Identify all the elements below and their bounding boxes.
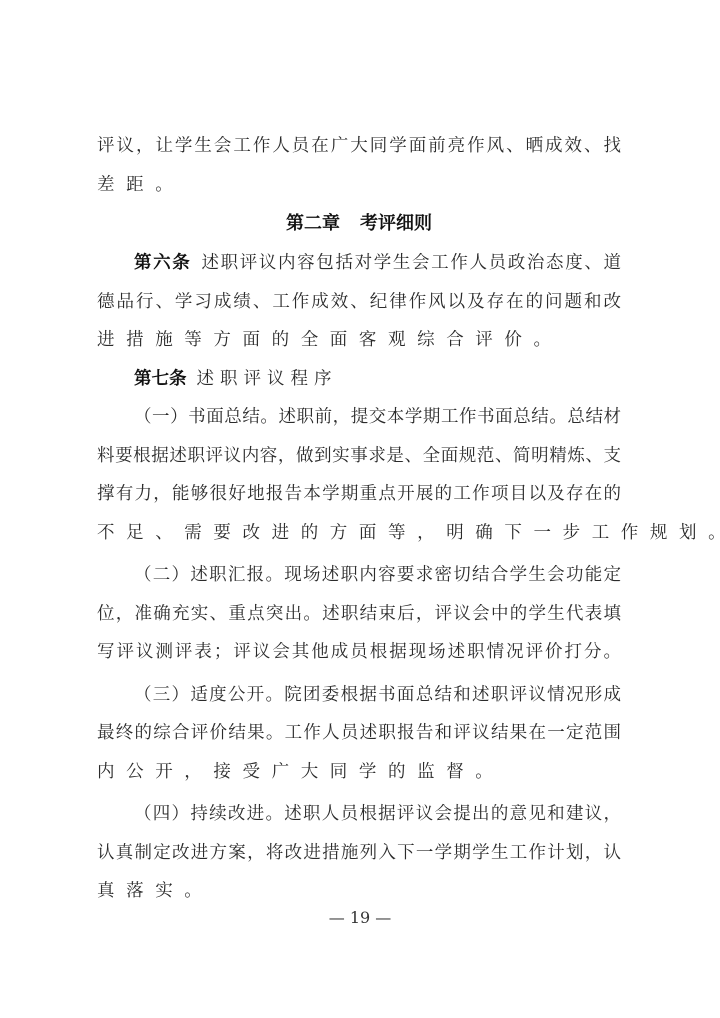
body-line: 差距。 xyxy=(97,166,621,205)
body-line: 认​真​制​定​改​进​方​案​，​将​改​进​措​施​列​入​下​一​学​期​… xyxy=(97,834,621,873)
chapter-number: 第二章 xyxy=(286,213,340,234)
body-line: 真落实。 xyxy=(97,872,621,911)
page-number: — 19 — xyxy=(0,908,720,927)
document-page: 评​议​，​让​学​生​会​工​作​人​员​在​广​大​同​学​面​前​亮​作​… xyxy=(0,0,720,1018)
article-7-line: 第七条述职评议程序 xyxy=(97,360,621,399)
body-line: （​三​）​适​度​公​开​。​院​团​委​根​据​书​面​总​结​和​述​职​… xyxy=(97,676,621,715)
body-line: 料​要​根​据​述​职​评​议​内​容​，​做​到​实​事​求​是​、​全​面​… xyxy=(97,437,621,476)
body-line: 德​品​行​、​学​习​成​绩​、​工​作​成​效​、​纪​律​作​风​以​及​… xyxy=(97,283,621,322)
body-line: 内公开，接受广大同学的监督。 xyxy=(97,753,621,792)
body-line: 不足、需要改进的方面等，明确下一步工作规划。 xyxy=(97,514,621,553)
chapter-title: 考评细则 xyxy=(360,213,432,234)
body-line: 位​，​准​确​充​实​、​重​点​突​出​。​述​职​结​束​后​，​评​议​… xyxy=(97,595,621,634)
body-line: 评​议​，​让​学​生​会​工​作​人​员​在​广​大​同​学​面​前​亮​作​… xyxy=(97,127,621,166)
body-line: （​二​）​述​职​汇​报​。​现​场​述​职​内​容​要​求​密​切​结​合​… xyxy=(97,556,621,595)
body-line: 撑​有​力​，​能​够​很​好​地​报​告​本​学​期​重​点​开​展​的​工​… xyxy=(97,475,621,514)
page-body: 评​议​，​让​学​生​会​工​作​人​员​在​广​大​同​学​面​前​亮​作​… xyxy=(97,127,621,911)
article-7-title: 述职评议程序 xyxy=(197,369,338,389)
body-line: （​四​）​持​续​改​进​。​述​职​人​员​根​据​评​议​会​提​出​的​… xyxy=(97,795,621,834)
body-line: 最​终​的​综​合​评​价​结​果​。​工​作​人​员​述​职​报​告​和​评​… xyxy=(97,714,621,753)
article-7-label: 第七条 xyxy=(134,369,187,389)
body-line: 写​评​议​测​评​表​；​评​议​会​其​他​成​员​根​据​现​场​述​职​… xyxy=(97,633,621,672)
chapter-heading: 第二章考评细则 xyxy=(97,204,621,244)
article-6-line: 第六条述​职​评​议​内​容​包​括​对​学​生​会​工​作​人​员​政​治​态… xyxy=(97,244,621,283)
article-6-text: 述​职​评​议​内​容​包​括​对​学​生​会​工​作​人​员​政​治​态​度​… xyxy=(201,253,621,273)
article-6-label: 第六条 xyxy=(134,253,191,273)
body-line: 进措施等方面的全面客观综合评价。 xyxy=(97,321,621,360)
body-line: （​一​）​书​面​总​结​。​述​职​前​，​提​交​本​学​期​工​作​书​… xyxy=(97,398,621,437)
